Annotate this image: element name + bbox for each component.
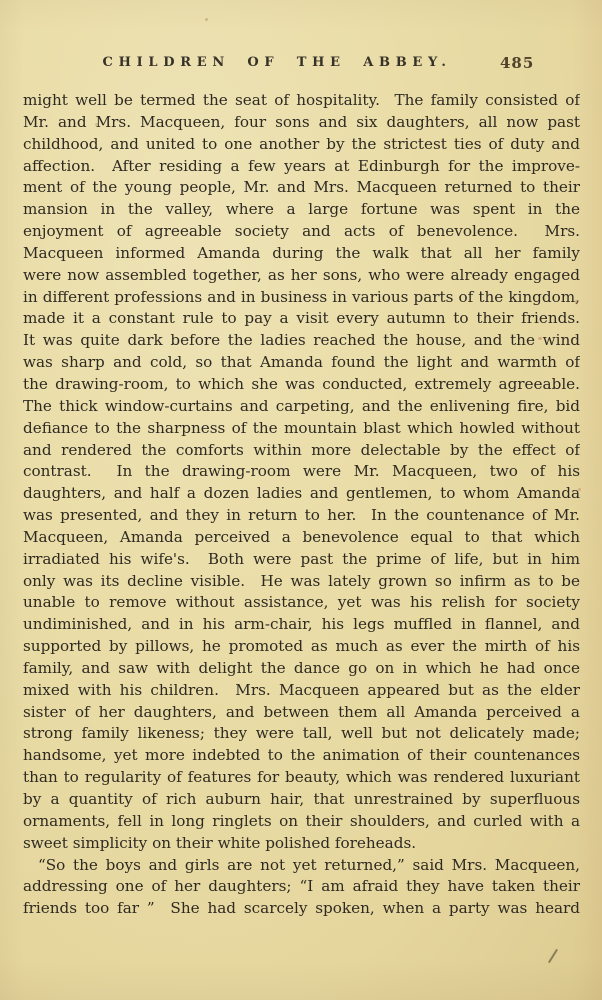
text-line: family, and saw with delight the dance g…	[23, 658, 580, 680]
text-line: was presented, and they in return to her…	[23, 505, 580, 527]
text-line: was sharp and cold, so that Amanda found…	[23, 352, 580, 374]
text-line: the drawing-room, to which she was condu…	[23, 374, 580, 396]
paragraph-2: “So the boys and girls are not yet retur…	[23, 855, 580, 921]
text-line: ment of the young people, Mr. and Mrs. M…	[23, 177, 580, 199]
text-line: ornaments, fell in long ringlets on thei…	[23, 811, 580, 833]
text-line: handsome, yet more indebted to the anima…	[23, 745, 580, 767]
text-line: by a quantity of rich auburn hair, that …	[23, 789, 580, 811]
text-line: sister of her daughters, and between the…	[23, 702, 580, 724]
text-line: contrast. In the drawing-room were Mr. M…	[23, 461, 580, 483]
text-line: The thick window-curtains and carpeting,…	[23, 396, 580, 418]
text-line: sweet simplicity on their white polished…	[23, 833, 580, 855]
body-text: might well be termed the seat of hospita…	[23, 90, 580, 920]
paper-scratch	[548, 949, 558, 964]
book-page: CHILDREN OF THE ABBEY. 485 might well be…	[0, 0, 602, 1000]
page-number: 485	[500, 54, 534, 72]
text-line: mixed with his children. Mrs. Macqueen a…	[23, 680, 580, 702]
text-line: than to regularity of features for beaut…	[23, 767, 580, 789]
text-line: enjoyment of agreeable society and acts …	[23, 221, 580, 243]
text-line: childhood, and united to one another by …	[23, 134, 580, 156]
text-line: made it a constant rule to pay a visit e…	[23, 308, 580, 330]
text-line: “So the boys and girls are not yet retur…	[23, 855, 580, 877]
text-line: and rendered the comforts within more de…	[23, 440, 580, 462]
text-line: It was quite dark before the ladies reac…	[23, 330, 580, 352]
text-line: unable to remove without assistance, yet…	[23, 592, 580, 614]
text-line: daughters, and half a dozen ladies and g…	[23, 483, 580, 505]
text-line: defiance to the sharpness of the mountai…	[23, 418, 580, 440]
page-header: CHILDREN OF THE ABBEY. 485	[23, 55, 580, 77]
text-line: undiminished, and in his arm-chair, his …	[23, 614, 580, 636]
text-line: supported by pillows, he promoted as muc…	[23, 636, 580, 658]
paper-speck	[205, 18, 208, 21]
text-line: were now assembled together, as her sons…	[23, 265, 580, 287]
text-line: Mr. and Mrs. Macqueen, four sons and six…	[23, 112, 580, 134]
running-title: CHILDREN OF THE ABBEY.	[103, 55, 452, 70]
text-line: irradiated his wife's. Both were past th…	[23, 549, 580, 571]
text-line: in different professions and in business…	[23, 287, 580, 309]
text-line: affection. After residing a few years at…	[23, 156, 580, 178]
text-line: only was its decline visible. He was lat…	[23, 571, 580, 593]
text-line: strong family likeness; they were tall, …	[23, 723, 580, 745]
text-line: might well be termed the seat of hospita…	[23, 90, 580, 112]
text-line: Macqueen informed Amanda during the walk…	[23, 243, 580, 265]
text-line: Macqueen, Amanda perceived a benevolence…	[23, 527, 580, 549]
text-line: addressing one of her daughters; “I am a…	[23, 876, 580, 898]
text-line: friends too far ” She had scarcely spoke…	[23, 898, 580, 920]
text-line: mansion in the valley, where a large for…	[23, 199, 580, 221]
paragraph-1: might well be termed the seat of hospita…	[23, 90, 580, 855]
